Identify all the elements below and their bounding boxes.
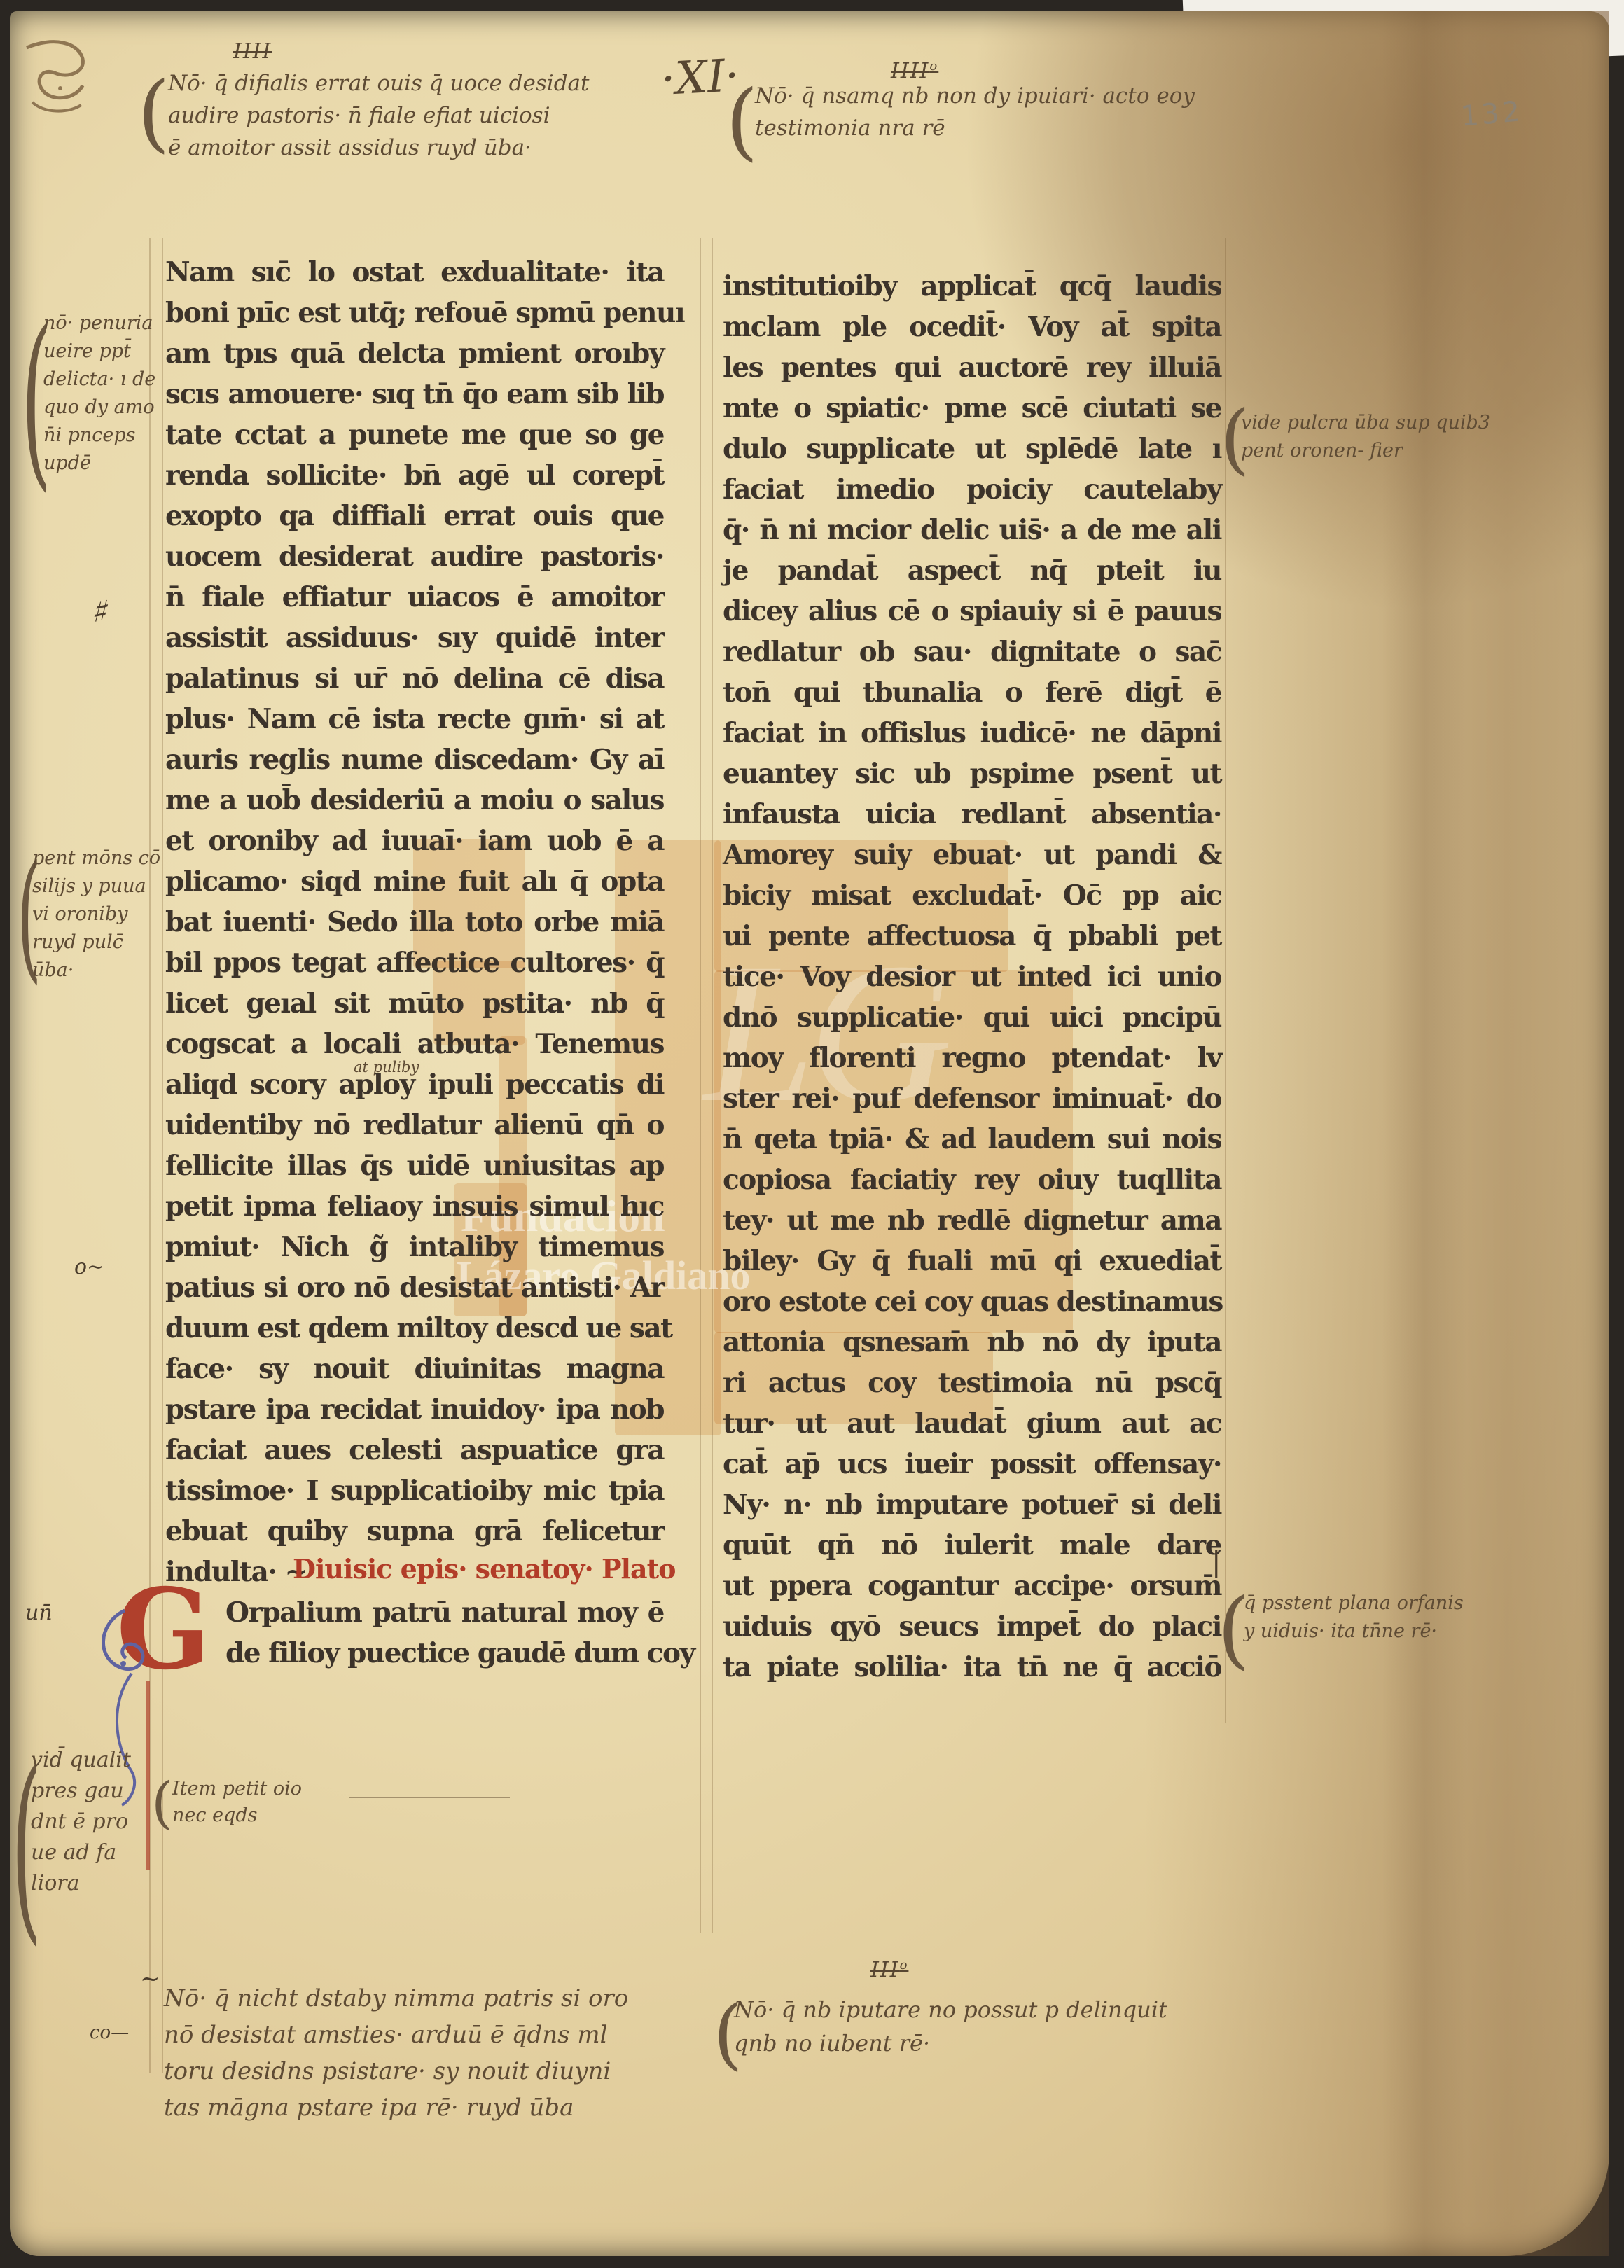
bottom-note-right: Nō· q̄ nb iputare no possut p delinquitq… — [734, 1993, 1167, 2060]
folio-number: 132 — [1459, 95, 1524, 133]
header-note-left: Nō· q̄ difialis errat ouis q̄ uoce desid… — [168, 67, 589, 164]
un-mark: un̄ — [25, 1601, 53, 1625]
ruling-line — [700, 238, 701, 1933]
photograph-background: LG Fundación Lázaro Galdiano IIII ( Nō· … — [0, 0, 1624, 2268]
rubric-red-text: Diuisic epis· senatoy· Plato — [293, 1553, 675, 1585]
text-column-right: institutioiby applicat̄ qcq̄ laudismclam… — [723, 266, 1221, 1688]
paraph-brace: ( — [726, 73, 758, 170]
tick-mark: | — [1212, 1546, 1221, 1578]
header-note-right: Nō· q̄ nsamq nb non dy ipuiari· acto eoy… — [755, 80, 1195, 144]
squiggle-mark: ~ — [140, 1965, 160, 1993]
interlinear-gloss: at puliby — [354, 1059, 419, 1076]
scribal-flourish-mark — [18, 35, 95, 119]
paraph-brace: ( — [151, 1770, 173, 1835]
margin-note-left-bottom: vid̄ qualitpres gaudnt ē proue ad falior… — [31, 1745, 131, 1899]
co-mark: co— — [90, 2022, 129, 2043]
margin-note-left-middle: pent mōns cōsilijs y puuavi oronibyruyd … — [32, 844, 160, 985]
tally-mark: IIII — [233, 39, 272, 64]
scribal-rule-line — [349, 1797, 510, 1798]
text-column-left: Nam sıc̄ lo ostat exdualitate· itaboni p… — [165, 252, 664, 1674]
margin-note-right-top: vide pulcra ūba sup quib3pent oronen- fi… — [1241, 409, 1490, 465]
inline-note: Item petit oionec eqds — [172, 1776, 302, 1829]
tally-mark: IIIo — [870, 1958, 908, 1982]
margin-note-left-top: nō· penuriaueire ppt̄delicta· ı dequo dy… — [43, 309, 155, 478]
parchment-fold-shading — [1382, 11, 1466, 2256]
flourish-mark: o∼ — [74, 1255, 104, 1279]
paraph-brace: ( — [137, 64, 170, 162]
bottom-note-left: Nō· q̄ nicht dstaby nimma patris si oron… — [164, 1980, 628, 2126]
margin-note-right-bottom: q̄ psstent plana orfanisy uiduis· ita tn… — [1244, 1589, 1464, 1646]
